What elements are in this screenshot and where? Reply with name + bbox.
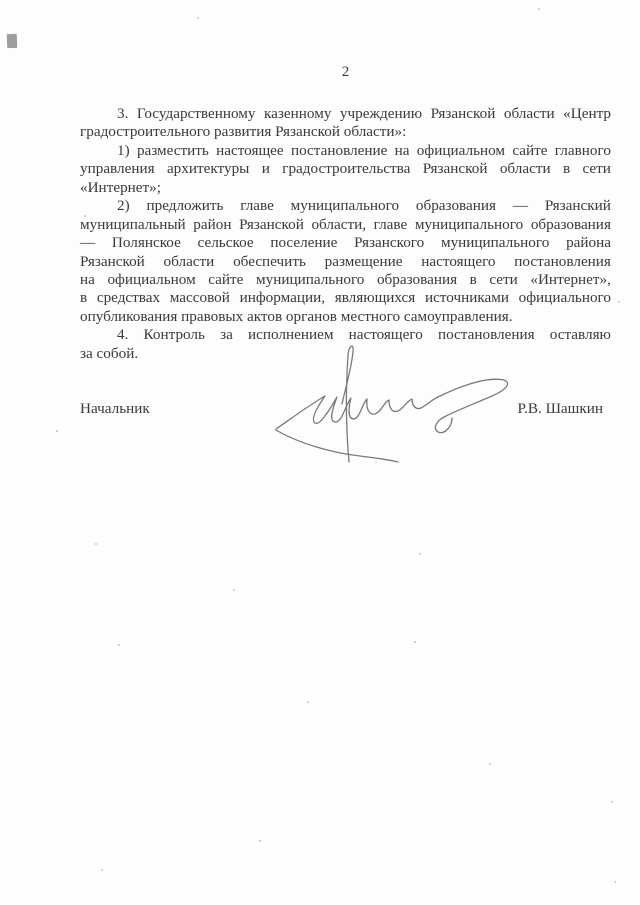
- subitem-2-line: —ПолянскоесельскоепоселениеРязанскогомун…: [80, 234, 611, 252]
- subitem-2-line: 2)предложитьглавемуниципальногообразован…: [80, 197, 611, 215]
- scan-speck: [56, 430, 58, 432]
- position-title: Начальник: [80, 400, 150, 418]
- signer-name: Р.В. Шашкин: [518, 400, 603, 418]
- subitem-2-line: всредствахмассовойинформации,являющихсяи…: [80, 289, 611, 307]
- page-number: 2: [80, 64, 611, 81]
- scan-speck: [118, 644, 120, 646]
- paragraph-3-line: 3.ГосударственномуказенномуучреждениюРяз…: [80, 105, 611, 123]
- scan-speck: [618, 301, 620, 303]
- scan-speck: [307, 701, 309, 703]
- scan-speck: [197, 17, 199, 19]
- scan-speck: [419, 553, 421, 555]
- scan-speck: [538, 8, 540, 10]
- subitem-1-line: 1)разместитьнастоящеепостановлениенаофиц…: [80, 142, 611, 160]
- scan-speck: [614, 881, 616, 883]
- subitem-1-line: «Интернет»;: [80, 179, 611, 197]
- scan-speck: [414, 641, 416, 643]
- scan-speck: [84, 215, 86, 217]
- scanned-document-page: 2 3.ГосударственномуказенномуучреждениюР…: [0, 0, 640, 905]
- scan-speck: [233, 589, 235, 591]
- subitem-2-line: Рязанскойобластиобеспечитьразмещениенаст…: [80, 253, 611, 271]
- subitem-2-line: опубликования правовых актов органов мес…: [80, 308, 611, 326]
- scan-speck: [101, 869, 103, 871]
- subitem-2-line: муниципальныйрайонРязанскойобласти,главе…: [80, 216, 611, 234]
- scan-speck: [95, 543, 97, 545]
- scan-speck: [489, 763, 491, 765]
- scan-artifact-mark: [7, 34, 17, 48]
- subitem-1-line: управленияархитектурыиградостроительства…: [80, 160, 611, 178]
- document-body: 3.ГосударственномуказенномуучреждениюРяз…: [80, 105, 611, 363]
- scan-speck: [259, 840, 261, 842]
- paragraph-3-line: градостроительного развития Рязанской об…: [80, 123, 611, 141]
- scan-speck: [611, 801, 613, 803]
- subitem-2-line: наофициальномсайтемуниципальногообразова…: [80, 271, 611, 289]
- handwritten-signature-icon: [248, 334, 520, 466]
